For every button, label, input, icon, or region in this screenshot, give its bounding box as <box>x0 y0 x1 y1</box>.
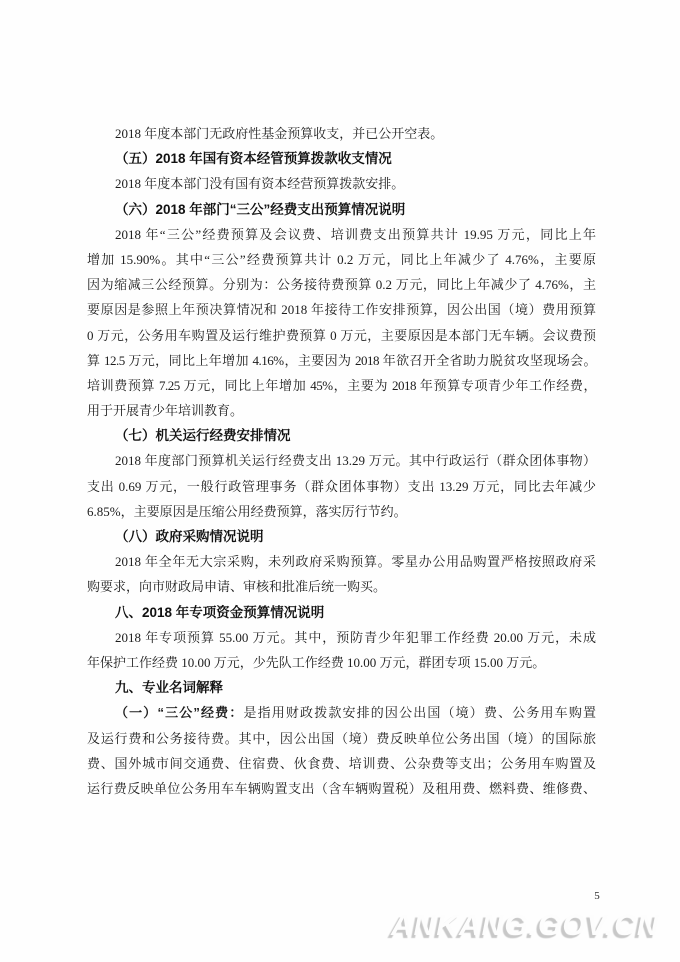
heading-agency-operating-expenses: （七）机关运行经费安排情况 <box>87 423 596 448</box>
body-line: 用于开展青少年培训教育。 <box>87 398 596 423</box>
body-line-term-definition: （一）“三公”经费：是指用财政拨款安排的因公出国（境）费、公务用车购置 <box>87 700 596 725</box>
body-line: 及运行费和公务接待费。其中，因公出国（境）费反映单位公务出国（境）的国际旅 <box>87 726 596 751</box>
body-line: 6.85%，主要原因是压缩公用经费预算，落实厉行节约。 <box>87 499 596 524</box>
body-line: 培训费预算 7.25 万元，同比上年增加 45%，主要为 2018 年预算专项青… <box>87 373 596 398</box>
watermark-ankang-gov-cn: ANKANG.GOV.CN <box>391 909 660 943</box>
body-line: 2018 年“三公”经费预算及会议费、培训费支出预算共计 19.95 万元，同比… <box>87 222 596 247</box>
body-line: 支出 0.69 万元，一般行政管理事务（群众团体事物）支出 13.29 万元，同… <box>87 474 596 499</box>
body-line: 2018 年专项预算 55.00 万元。其中，预防青少年犯罪工作经费 20.00… <box>87 625 596 650</box>
body-line: 费、国外城市间交通费、住宿费、伙食费、培训费、公杂费等支出；公务用车购置及 <box>87 751 596 776</box>
heading-special-funds-budget: 八、2018 年专项资金预算情况说明 <box>87 600 596 625</box>
body-line: 2018 年度部门预算机关运行经费支出 13.29 万元。其中行政运行（群众团体… <box>87 448 596 473</box>
page-number: 5 <box>589 890 605 902</box>
body-line: 算 12.5 万元，同比上年增加 4.16%，主要因为 2018 年欲召开全省助… <box>87 348 596 373</box>
term-label: （一）“三公”经费： <box>115 705 243 720</box>
heading-state-capital-budget: （五）2018 年国有资本经管预算拨款收支情况 <box>87 146 596 171</box>
body-line: 要原因是参照上年预决算情况和 2018 年接待工作安排预算，因公出国（境）费用预… <box>87 297 596 322</box>
body-line: 2018 年度本部门没有国有资本经营预算拨款安排。 <box>87 171 596 196</box>
document-body: 2018 年度本部门无政府性基金预算收支，并已公开空表。 （五）2018 年国有… <box>87 121 596 801</box>
term-definition-text: 是指用财政拨款安排的因公出国（境）费、公务用车购置 <box>243 705 596 720</box>
body-line: 2018 年全年无大宗采购，未列政府采购预算。零星办公用品购置严格按照政府采 <box>87 549 596 574</box>
body-line: 0 万元，公务用车购置及运行维护费预算 0 万元，主要原因是本部门无车辆。会议费… <box>87 323 596 348</box>
heading-three-public-expenses: （六）2018 年部门“三公”经费支出预算情况说明 <box>87 197 596 222</box>
heading-terminology: 九、专业名词解释 <box>87 675 596 700</box>
body-line: 运行费反映单位公务用车车辆购置支出（含车辆购置税）及租用费、燃料费、维修费、 <box>87 776 596 801</box>
body-line: 因为缩减三公经预算。分别为：公务接待费预算 0.2 万元，同比上年减少了 4.7… <box>87 272 596 297</box>
body-line: 增加 15.90%。其中“三公”经费预算共计 0.2 万元，同比上年减少了 4.… <box>87 247 596 272</box>
body-line: 购要求，向市财政局申请、审核和批准后统一购买。 <box>87 574 596 599</box>
body-line: 2018 年度本部门无政府性基金预算收支，并已公开空表。 <box>87 121 596 146</box>
body-line: 年保护工作经费 10.00 万元，少先队工作经费 10.00 万元，群团专项 1… <box>87 650 596 675</box>
document-page: 2018 年度本部门无政府性基金预算收支，并已公开空表。 （五）2018 年国有… <box>0 0 680 962</box>
heading-government-procurement: （八）政府采购情况说明 <box>87 524 596 549</box>
